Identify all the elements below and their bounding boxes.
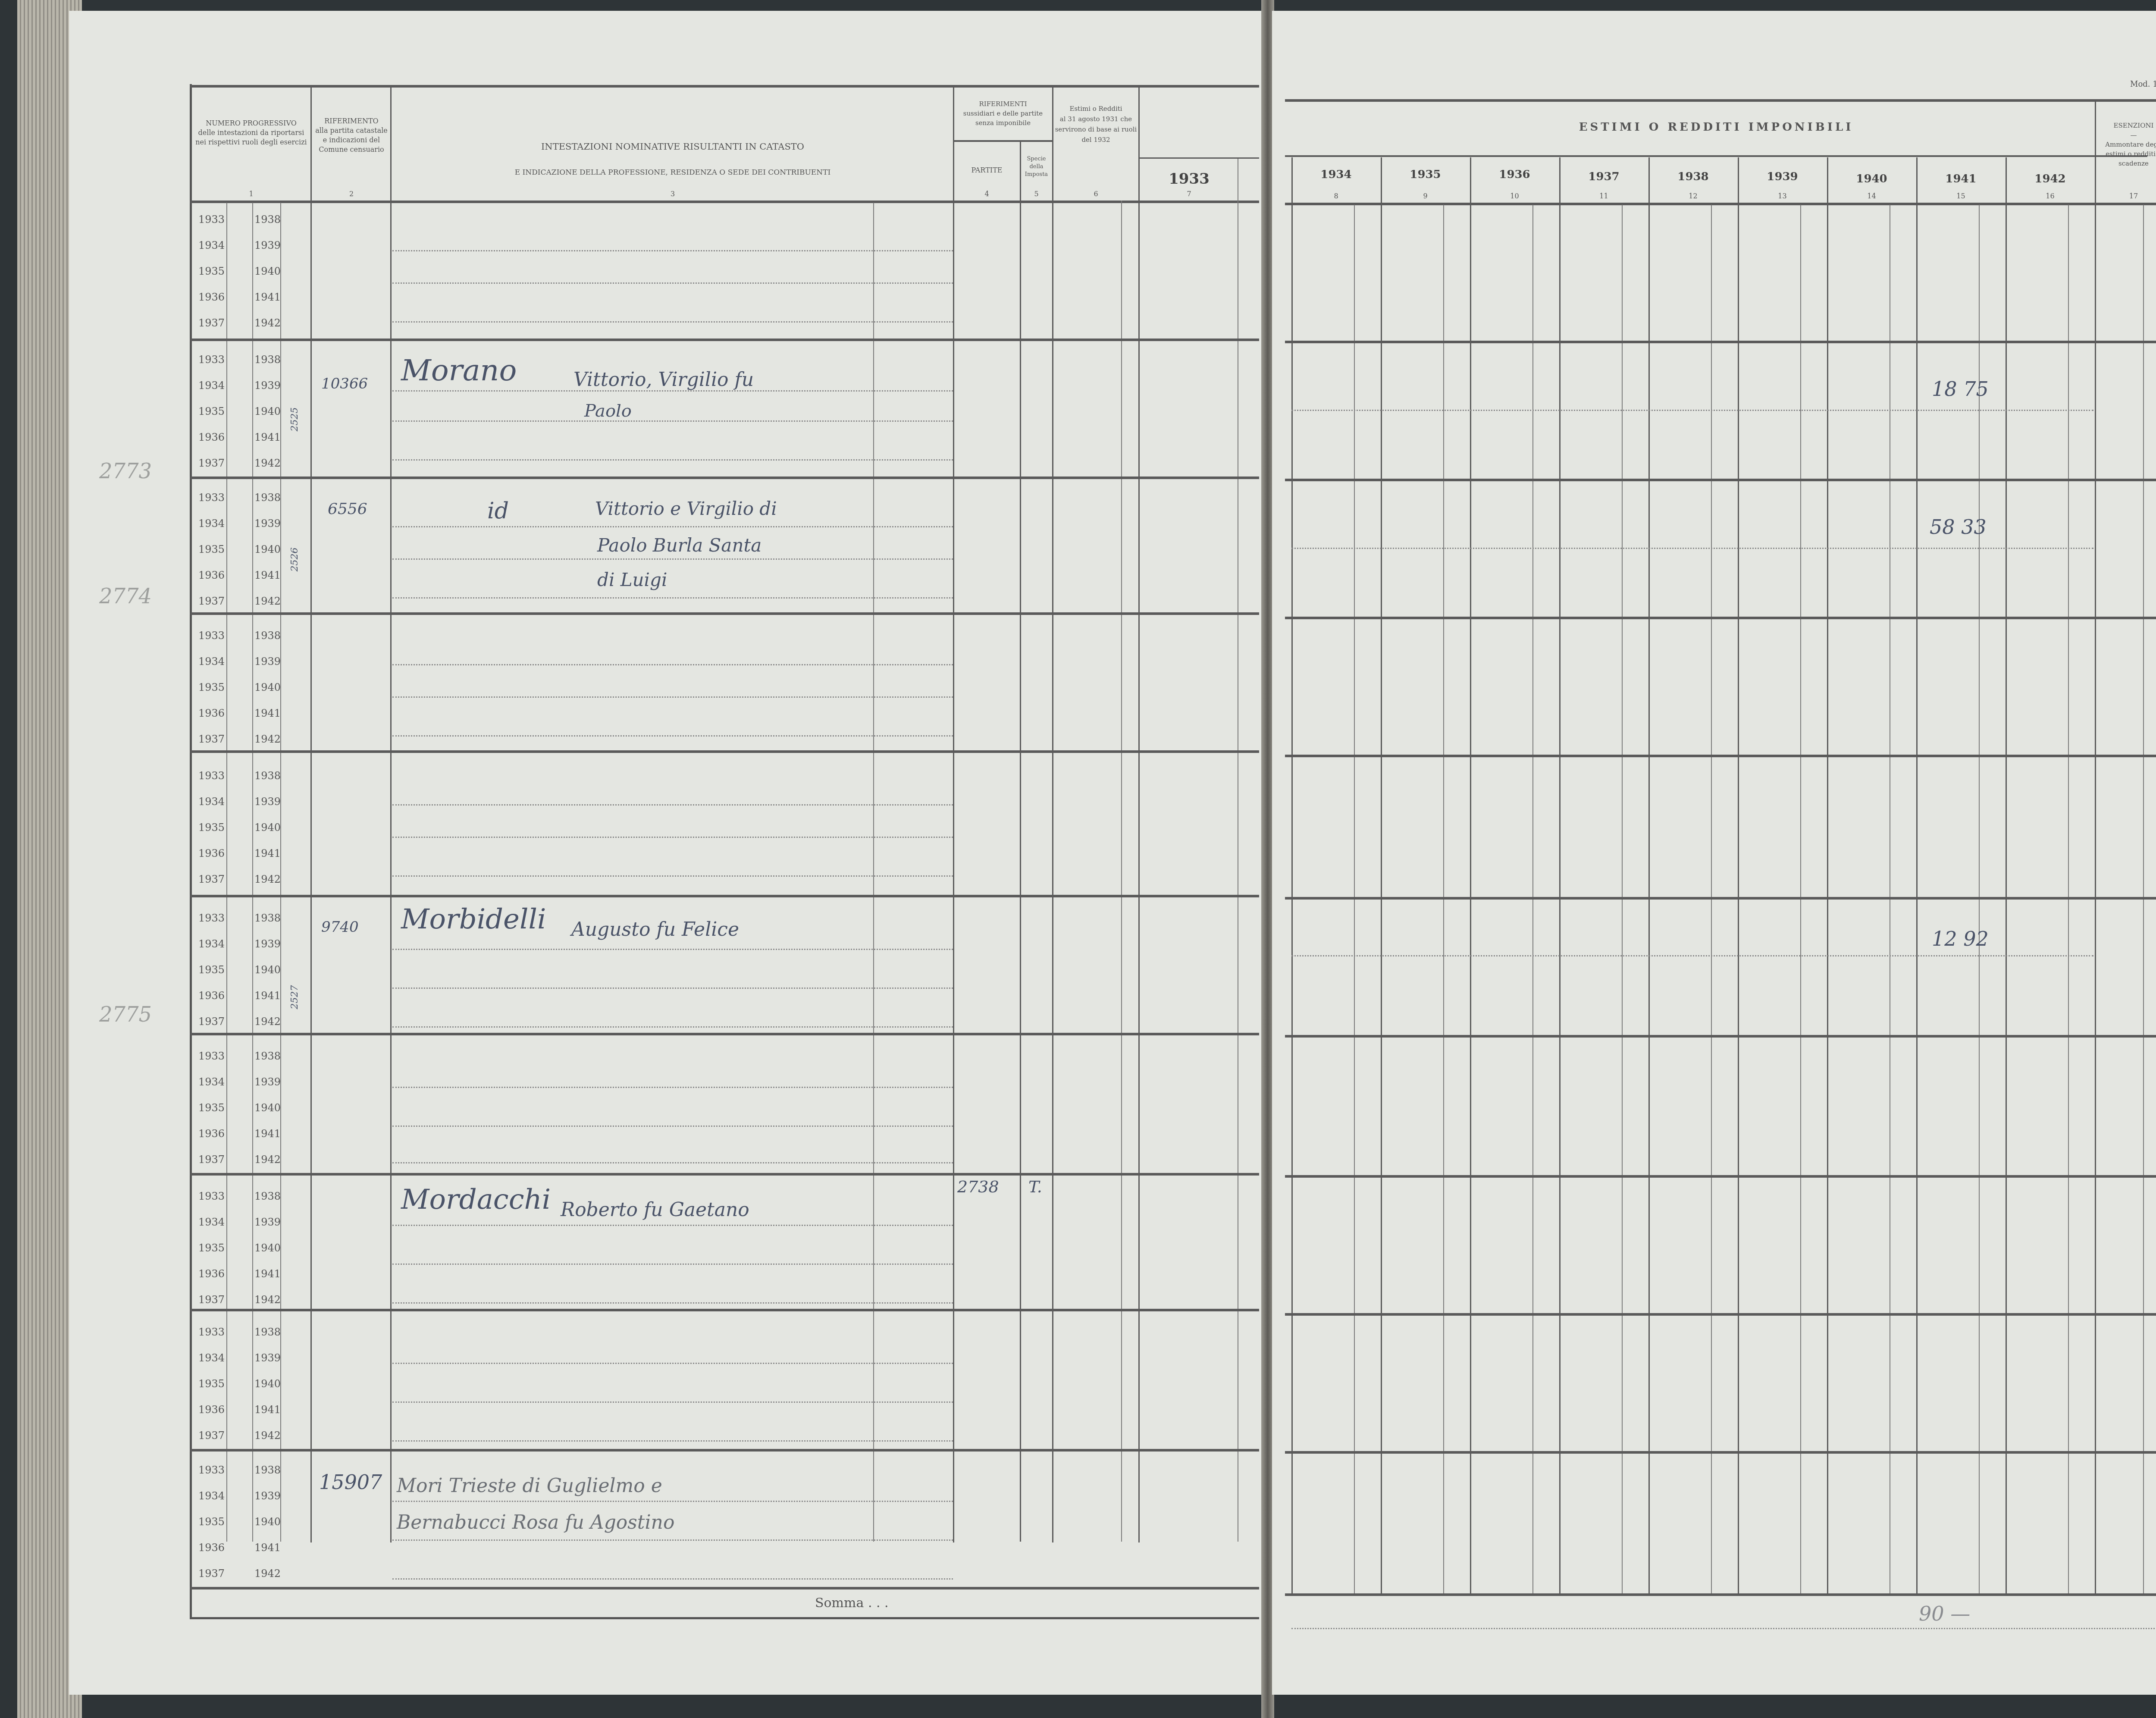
col-sep-7b bbox=[1238, 157, 1238, 1542]
header-col45-sub: sussidiari e delle partite senza imponib… bbox=[954, 109, 1052, 128]
writing-line bbox=[392, 1087, 953, 1088]
margin-number: 2773 bbox=[99, 459, 152, 483]
year-label: 1933 bbox=[198, 770, 225, 782]
year-label: 1938 bbox=[254, 354, 281, 366]
colnum-17: 17 bbox=[2096, 192, 2156, 200]
entry-rule-4 bbox=[1285, 755, 2156, 757]
header-year-1935: 1935 bbox=[1381, 168, 1470, 181]
year-label: 1936 bbox=[198, 1128, 225, 1140]
year-label: 1939 bbox=[254, 239, 281, 251]
colnum-11: 11 bbox=[1559, 192, 1648, 200]
year-col-line bbox=[2006, 157, 2007, 1593]
entry-rule-9 bbox=[190, 1449, 1259, 1452]
year-label: 1935 bbox=[198, 964, 225, 976]
year-label: 1941 bbox=[254, 291, 281, 303]
header-top-rule bbox=[190, 85, 1259, 88]
amount-1941: 18 75 bbox=[1932, 377, 1989, 401]
header-year-1939: 1939 bbox=[1738, 170, 1827, 183]
year-label: 1938 bbox=[254, 1050, 281, 1062]
entry-rule-5 bbox=[190, 895, 1259, 897]
year-label: 1933 bbox=[198, 630, 225, 642]
year-label: 1933 bbox=[198, 213, 225, 226]
year-label: 1935 bbox=[198, 265, 225, 277]
year-label: 1937 bbox=[198, 733, 225, 745]
writing-line bbox=[392, 558, 953, 560]
year-label: 1933 bbox=[198, 1190, 225, 1202]
partita-number: 6556 bbox=[328, 500, 367, 518]
year-label: 1939 bbox=[254, 1216, 281, 1228]
header-col45-title: RIFERIMENTI bbox=[954, 99, 1052, 109]
writing-line bbox=[392, 1263, 953, 1265]
year-label: 1942 bbox=[254, 595, 281, 607]
year-label: 1938 bbox=[254, 1190, 281, 1202]
given-names-line1: Roberto fu Gaetano bbox=[561, 1199, 749, 1221]
year-col-line bbox=[2095, 99, 2096, 1593]
year-label: 1939 bbox=[254, 796, 281, 808]
colnum-4: 4 bbox=[954, 190, 1020, 198]
year-label: 1935 bbox=[198, 1516, 225, 1528]
header-year-1938: 1938 bbox=[1648, 170, 1738, 183]
year-label: 1942 bbox=[254, 317, 281, 329]
header-col3: INTESTAZIONI NOMINATIVE RISULTANTI IN CA… bbox=[392, 134, 953, 185]
year-label: 1939 bbox=[254, 938, 281, 950]
group-title: ESTIMI O REDDITI IMPONIBILI bbox=[1285, 121, 2147, 134]
year-label: 1934 bbox=[198, 1216, 225, 1228]
year-label: 1933 bbox=[198, 492, 225, 504]
writing-line bbox=[392, 837, 953, 838]
header-year-1936: 1936 bbox=[1470, 168, 1559, 181]
entry-rule-8 bbox=[1285, 1313, 2156, 1316]
header-col4: PARTITE bbox=[954, 164, 1020, 177]
year-label: 1941 bbox=[254, 1268, 281, 1280]
given-names-line2: Paolo bbox=[584, 401, 632, 421]
year-label: 1933 bbox=[198, 1464, 225, 1476]
writing-line bbox=[392, 459, 953, 461]
col3-right-inner bbox=[873, 203, 874, 1542]
year-label: 1934 bbox=[198, 796, 225, 808]
year-label: 1939 bbox=[254, 1490, 281, 1502]
header-col1: NUMERO PROGRESSIVO delle intestazioni da… bbox=[192, 119, 310, 147]
colnum-3: 3 bbox=[392, 190, 953, 198]
year-col-line bbox=[1648, 157, 1650, 1593]
year-label: 1940 bbox=[254, 543, 281, 555]
writing-line bbox=[392, 875, 953, 877]
sum-label: Somma . . . bbox=[815, 1596, 889, 1611]
header-col17-title: ESENZIONI bbox=[2096, 121, 2156, 130]
entry-rule-1 bbox=[1285, 341, 2156, 343]
year-col-line bbox=[1470, 157, 1471, 1593]
year-label: 1934 bbox=[198, 239, 225, 251]
partita-number: 15907 bbox=[319, 1470, 382, 1494]
header-col1-sub: delle intestazioni da riportarsi nei ris… bbox=[192, 128, 310, 147]
writing-line bbox=[392, 1225, 953, 1226]
header-col1-title: NUMERO PROGRESSIVO bbox=[192, 119, 310, 128]
colnum-7: 7 bbox=[1141, 190, 1238, 198]
specie-imposta: T. bbox=[1028, 1177, 1042, 1196]
partita-number: 9740 bbox=[321, 919, 359, 936]
year-col-line bbox=[1738, 157, 1739, 1593]
header-year-1933: 1933 bbox=[1141, 170, 1238, 188]
given-names-line1: Mori Trieste di Guglielmo e bbox=[397, 1475, 662, 1497]
header-year-1940: 1940 bbox=[1827, 172, 1916, 185]
header-col2-sub: alla partita catastale e indicazioni del… bbox=[313, 126, 390, 154]
entry-rule-sum bbox=[190, 1587, 1259, 1589]
writing-line bbox=[392, 664, 953, 665]
year-label: 1941 bbox=[254, 707, 281, 719]
header-bottom-rule bbox=[190, 201, 1259, 203]
entry-rule-7 bbox=[190, 1173, 1259, 1176]
writing-line bbox=[392, 1162, 953, 1163]
writing-line bbox=[392, 282, 953, 284]
col1-subline-a bbox=[226, 203, 227, 1542]
year-label: 1934 bbox=[198, 517, 225, 530]
left-table-frame bbox=[190, 84, 1259, 1619]
year-label: 1942 bbox=[254, 1430, 281, 1442]
writing-line bbox=[392, 1440, 953, 1442]
year-label: 1937 bbox=[198, 1294, 225, 1306]
year-label: 1941 bbox=[254, 1404, 281, 1416]
year-label: 1940 bbox=[254, 405, 281, 417]
given-names-line1: Vittorio, Virgilio fu bbox=[573, 369, 754, 391]
entry-rule-2 bbox=[1285, 479, 2156, 481]
header-year-1937: 1937 bbox=[1559, 170, 1648, 183]
year-label: 1938 bbox=[254, 1464, 281, 1476]
writing-line bbox=[392, 321, 953, 323]
year-label: 1942 bbox=[254, 457, 281, 469]
col1-subline-c bbox=[280, 203, 281, 1542]
year-label: 1937 bbox=[198, 1016, 225, 1028]
year-label: 1934 bbox=[198, 1352, 225, 1364]
entry-rule-8 bbox=[190, 1309, 1259, 1311]
year-label: 1935 bbox=[198, 405, 225, 417]
writing-line bbox=[392, 1302, 953, 1304]
year-label: 1938 bbox=[254, 912, 281, 924]
year-label: 1941 bbox=[254, 569, 281, 581]
entry-rule-6 bbox=[1285, 1035, 2156, 1038]
writing-line bbox=[392, 1401, 953, 1403]
year-label: 1937 bbox=[198, 1430, 225, 1442]
entry-rule-6 bbox=[190, 1033, 1259, 1035]
header-col2-title: RIFERIMENTO bbox=[313, 116, 390, 126]
year-label: 1938 bbox=[254, 770, 281, 782]
year-label: 1936 bbox=[198, 847, 225, 859]
progressive-number: 2527 bbox=[289, 985, 300, 1009]
header-col6: Estimi o Redditi al 31 agosto 1931 che s… bbox=[1053, 103, 1138, 145]
colnum-16: 16 bbox=[2006, 192, 2095, 200]
header-col3-title: INTESTAZIONI NOMINATIVE RISULTANTI IN CA… bbox=[392, 134, 953, 160]
writing-line bbox=[392, 1501, 953, 1502]
header-col45: RIFERIMENTI sussidiari e delle partite s… bbox=[954, 99, 1052, 128]
year-label: 1940 bbox=[254, 821, 281, 834]
year-label: 1942 bbox=[254, 733, 281, 745]
year-label: 1942 bbox=[254, 1154, 281, 1166]
given-names-line1: Vittorio e Virgilio di bbox=[595, 498, 777, 519]
year-label: 1939 bbox=[254, 1076, 281, 1088]
writing-line bbox=[392, 1125, 953, 1127]
year-label: 1939 bbox=[254, 517, 281, 530]
right-header-bottom-rule bbox=[1285, 203, 2156, 205]
surname: Mordacchi bbox=[401, 1184, 551, 1216]
year-label: 1939 bbox=[254, 655, 281, 668]
year-label: 1934 bbox=[198, 1076, 225, 1088]
year-col-line bbox=[1916, 157, 1918, 1593]
writing-line bbox=[392, 1026, 953, 1028]
year-label: 1940 bbox=[254, 1102, 281, 1114]
header-year-1934: 1934 bbox=[1291, 168, 1381, 181]
col-sep-2 bbox=[390, 85, 392, 1542]
right-header-mid-rule bbox=[1285, 155, 2147, 157]
colnum-6: 6 bbox=[1053, 190, 1138, 198]
writing-line bbox=[392, 804, 953, 806]
col1-subline-b bbox=[252, 203, 253, 1542]
year-label: 1941 bbox=[254, 431, 281, 443]
colnum-14: 14 bbox=[1827, 192, 1916, 200]
year-label: 1936 bbox=[198, 707, 225, 719]
riferimenti-subrule bbox=[953, 140, 1052, 142]
col-sep-5 bbox=[1052, 85, 1053, 1542]
year-label: 1938 bbox=[254, 213, 281, 226]
progressive-number: 2525 bbox=[289, 408, 300, 432]
writing-line bbox=[1291, 1628, 2156, 1629]
year-label: 1937 bbox=[198, 873, 225, 885]
year-label: 1937 bbox=[198, 1568, 225, 1580]
year-col-line bbox=[1827, 157, 1828, 1593]
year-label: 1938 bbox=[254, 492, 281, 504]
entry-rule-3 bbox=[1285, 617, 2156, 619]
year-col-line bbox=[1559, 157, 1561, 1593]
header-col3-sub: E INDICAZIONE DELLA PROFESSIONE, RESIDEN… bbox=[392, 160, 953, 185]
year-1933-subrule bbox=[1138, 157, 1259, 159]
year-label: 1933 bbox=[198, 354, 225, 366]
header-col17-sub: Ammontare degli estimi o redditi e scade… bbox=[2096, 140, 2156, 168]
writing-line bbox=[392, 1539, 953, 1541]
year-label: 1941 bbox=[254, 1128, 281, 1140]
entry-rule-3 bbox=[190, 612, 1259, 615]
writing-line bbox=[392, 250, 953, 251]
year-label: 1941 bbox=[254, 990, 281, 1002]
year-label: 1933 bbox=[198, 1326, 225, 1338]
writing-line bbox=[392, 420, 953, 422]
col-sep-3 bbox=[953, 85, 954, 1542]
colnum-9: 9 bbox=[1381, 192, 1470, 200]
header-col2: RIFERIMENTO alla partita catastale e ind… bbox=[313, 116, 390, 154]
col-sep-1 bbox=[310, 85, 312, 1542]
amount-1941: 12 92 bbox=[1932, 927, 1989, 950]
year-label: 1936 bbox=[198, 569, 225, 581]
year-label: 1942 bbox=[254, 873, 281, 885]
writing-line bbox=[392, 949, 953, 950]
col-sep-6 bbox=[1138, 85, 1140, 1542]
year-label: 1937 bbox=[198, 595, 225, 607]
margin-number: 2775 bbox=[99, 1003, 152, 1027]
writing-line bbox=[392, 988, 953, 989]
year-col-line bbox=[1381, 157, 1382, 1593]
given-names-line2: Paolo Burla Santa bbox=[597, 535, 761, 556]
year-label: 1941 bbox=[254, 847, 281, 859]
year-label: 1935 bbox=[198, 681, 225, 693]
year-label: 1936 bbox=[198, 1404, 225, 1416]
entry-rule-4 bbox=[190, 750, 1259, 753]
given-names-line3: di Luigi bbox=[597, 569, 667, 590]
colnum-12: 12 bbox=[1648, 192, 1738, 200]
colnum-5: 5 bbox=[1021, 190, 1052, 198]
year-label: 1936 bbox=[198, 431, 225, 443]
header-year-1941: 1941 bbox=[1916, 172, 2006, 185]
entry-rule-sum bbox=[1285, 1593, 2156, 1596]
entry-rule-7 bbox=[1285, 1175, 2156, 1178]
year-label: 1938 bbox=[254, 630, 281, 642]
year-label: 1940 bbox=[254, 964, 281, 976]
year-col-line bbox=[1291, 157, 1293, 1593]
header-col6-sub: al 31 agosto 1931 che servirono di base … bbox=[1053, 114, 1138, 145]
year-label: 1935 bbox=[198, 1378, 225, 1390]
amount-1941: 58 33 bbox=[1930, 515, 1987, 539]
year-label: 1934 bbox=[198, 1490, 225, 1502]
year-label: 1939 bbox=[254, 1352, 281, 1364]
entry-rule-5 bbox=[1285, 897, 2156, 900]
year-label: 1937 bbox=[198, 457, 225, 469]
writing-line bbox=[392, 526, 953, 527]
writing-line bbox=[392, 735, 953, 737]
col-sep-4 bbox=[1020, 140, 1021, 1542]
colnum-2: 2 bbox=[313, 190, 390, 198]
sum-1941: 90 — bbox=[1919, 1602, 1970, 1625]
right-table-frame bbox=[1285, 99, 2156, 1617]
right-header-top-rule bbox=[1285, 99, 2156, 102]
year-label: 1934 bbox=[198, 938, 225, 950]
year-label: 1936 bbox=[198, 1542, 225, 1554]
partita-number: 10366 bbox=[321, 375, 368, 392]
colnum-15: 15 bbox=[1916, 192, 2006, 200]
year-label: 1934 bbox=[198, 379, 225, 392]
surname: Morano bbox=[401, 354, 517, 388]
header-col5: Specie della Imposta bbox=[1021, 155, 1052, 179]
year-label: 1933 bbox=[198, 1050, 225, 1062]
entry-rule-2 bbox=[190, 477, 1259, 479]
year-label: 1940 bbox=[254, 1516, 281, 1528]
header-col17-dash: — bbox=[2096, 130, 2156, 140]
year-label: 1941 bbox=[254, 1542, 281, 1554]
header-col6-title: Estimi o Redditi bbox=[1053, 103, 1138, 114]
year-label: 1933 bbox=[198, 912, 225, 924]
surname: Morbidelli bbox=[401, 903, 546, 935]
year-label: 1935 bbox=[198, 543, 225, 555]
year-label: 1934 bbox=[198, 655, 225, 668]
year-label: 1935 bbox=[198, 1102, 225, 1114]
given-names-line2: Bernabucci Rosa fu Agostino bbox=[397, 1511, 674, 1533]
year-label: 1942 bbox=[254, 1294, 281, 1306]
year-label: 1938 bbox=[254, 1326, 281, 1338]
entry-rule-1 bbox=[190, 339, 1259, 341]
year-label: 1937 bbox=[198, 1154, 225, 1166]
writing-line bbox=[1291, 548, 2093, 549]
colnum-13: 13 bbox=[1738, 192, 1827, 200]
colnum-10: 10 bbox=[1470, 192, 1559, 200]
year-label: 1935 bbox=[198, 1242, 225, 1254]
year-label: 1935 bbox=[198, 821, 225, 834]
writing-line bbox=[392, 1578, 953, 1580]
writing-line bbox=[1291, 955, 2093, 956]
entry-rule-9 bbox=[1285, 1451, 2156, 1454]
right-page: Mod. 111 - Imposte Dirette (Intercalare)… bbox=[1272, 11, 2156, 1695]
col-sep-6b bbox=[1121, 201, 1122, 1542]
year-label: 1940 bbox=[254, 681, 281, 693]
header-year-1942: 1942 bbox=[2006, 172, 2095, 185]
year-label: 1940 bbox=[254, 1378, 281, 1390]
year-label: 1936 bbox=[198, 990, 225, 1002]
year-label: 1940 bbox=[254, 1242, 281, 1254]
given-names-line1: Augusto fu Felice bbox=[571, 919, 739, 941]
progressive-number: 2526 bbox=[289, 548, 300, 572]
year-label: 1936 bbox=[198, 1268, 225, 1280]
writing-line bbox=[1291, 410, 2093, 411]
left-page: NUMERO PROGRESSIVO delle intestazioni da… bbox=[69, 11, 1263, 1695]
colnum-1: 1 bbox=[192, 190, 310, 198]
year-label: 1939 bbox=[254, 379, 281, 392]
writing-line bbox=[392, 597, 953, 599]
year-label: 1942 bbox=[254, 1568, 281, 1580]
margin-number: 2774 bbox=[99, 584, 152, 608]
surname-ditto: id bbox=[487, 498, 509, 524]
writing-line bbox=[392, 1363, 953, 1364]
partite-number: 2738 bbox=[957, 1177, 999, 1196]
year-label: 1940 bbox=[254, 265, 281, 277]
year-label: 1936 bbox=[198, 291, 225, 303]
writing-line bbox=[392, 696, 953, 698]
year-label: 1937 bbox=[198, 317, 225, 329]
form-code: Mod. 111 - Imposte Dirette (Intercalare)… bbox=[2130, 80, 2156, 89]
header-col17: ESENZIONI — Ammontare degli estimi o red… bbox=[2096, 121, 2156, 168]
year-label: 1942 bbox=[254, 1016, 281, 1028]
colnum-8: 8 bbox=[1291, 192, 1381, 200]
